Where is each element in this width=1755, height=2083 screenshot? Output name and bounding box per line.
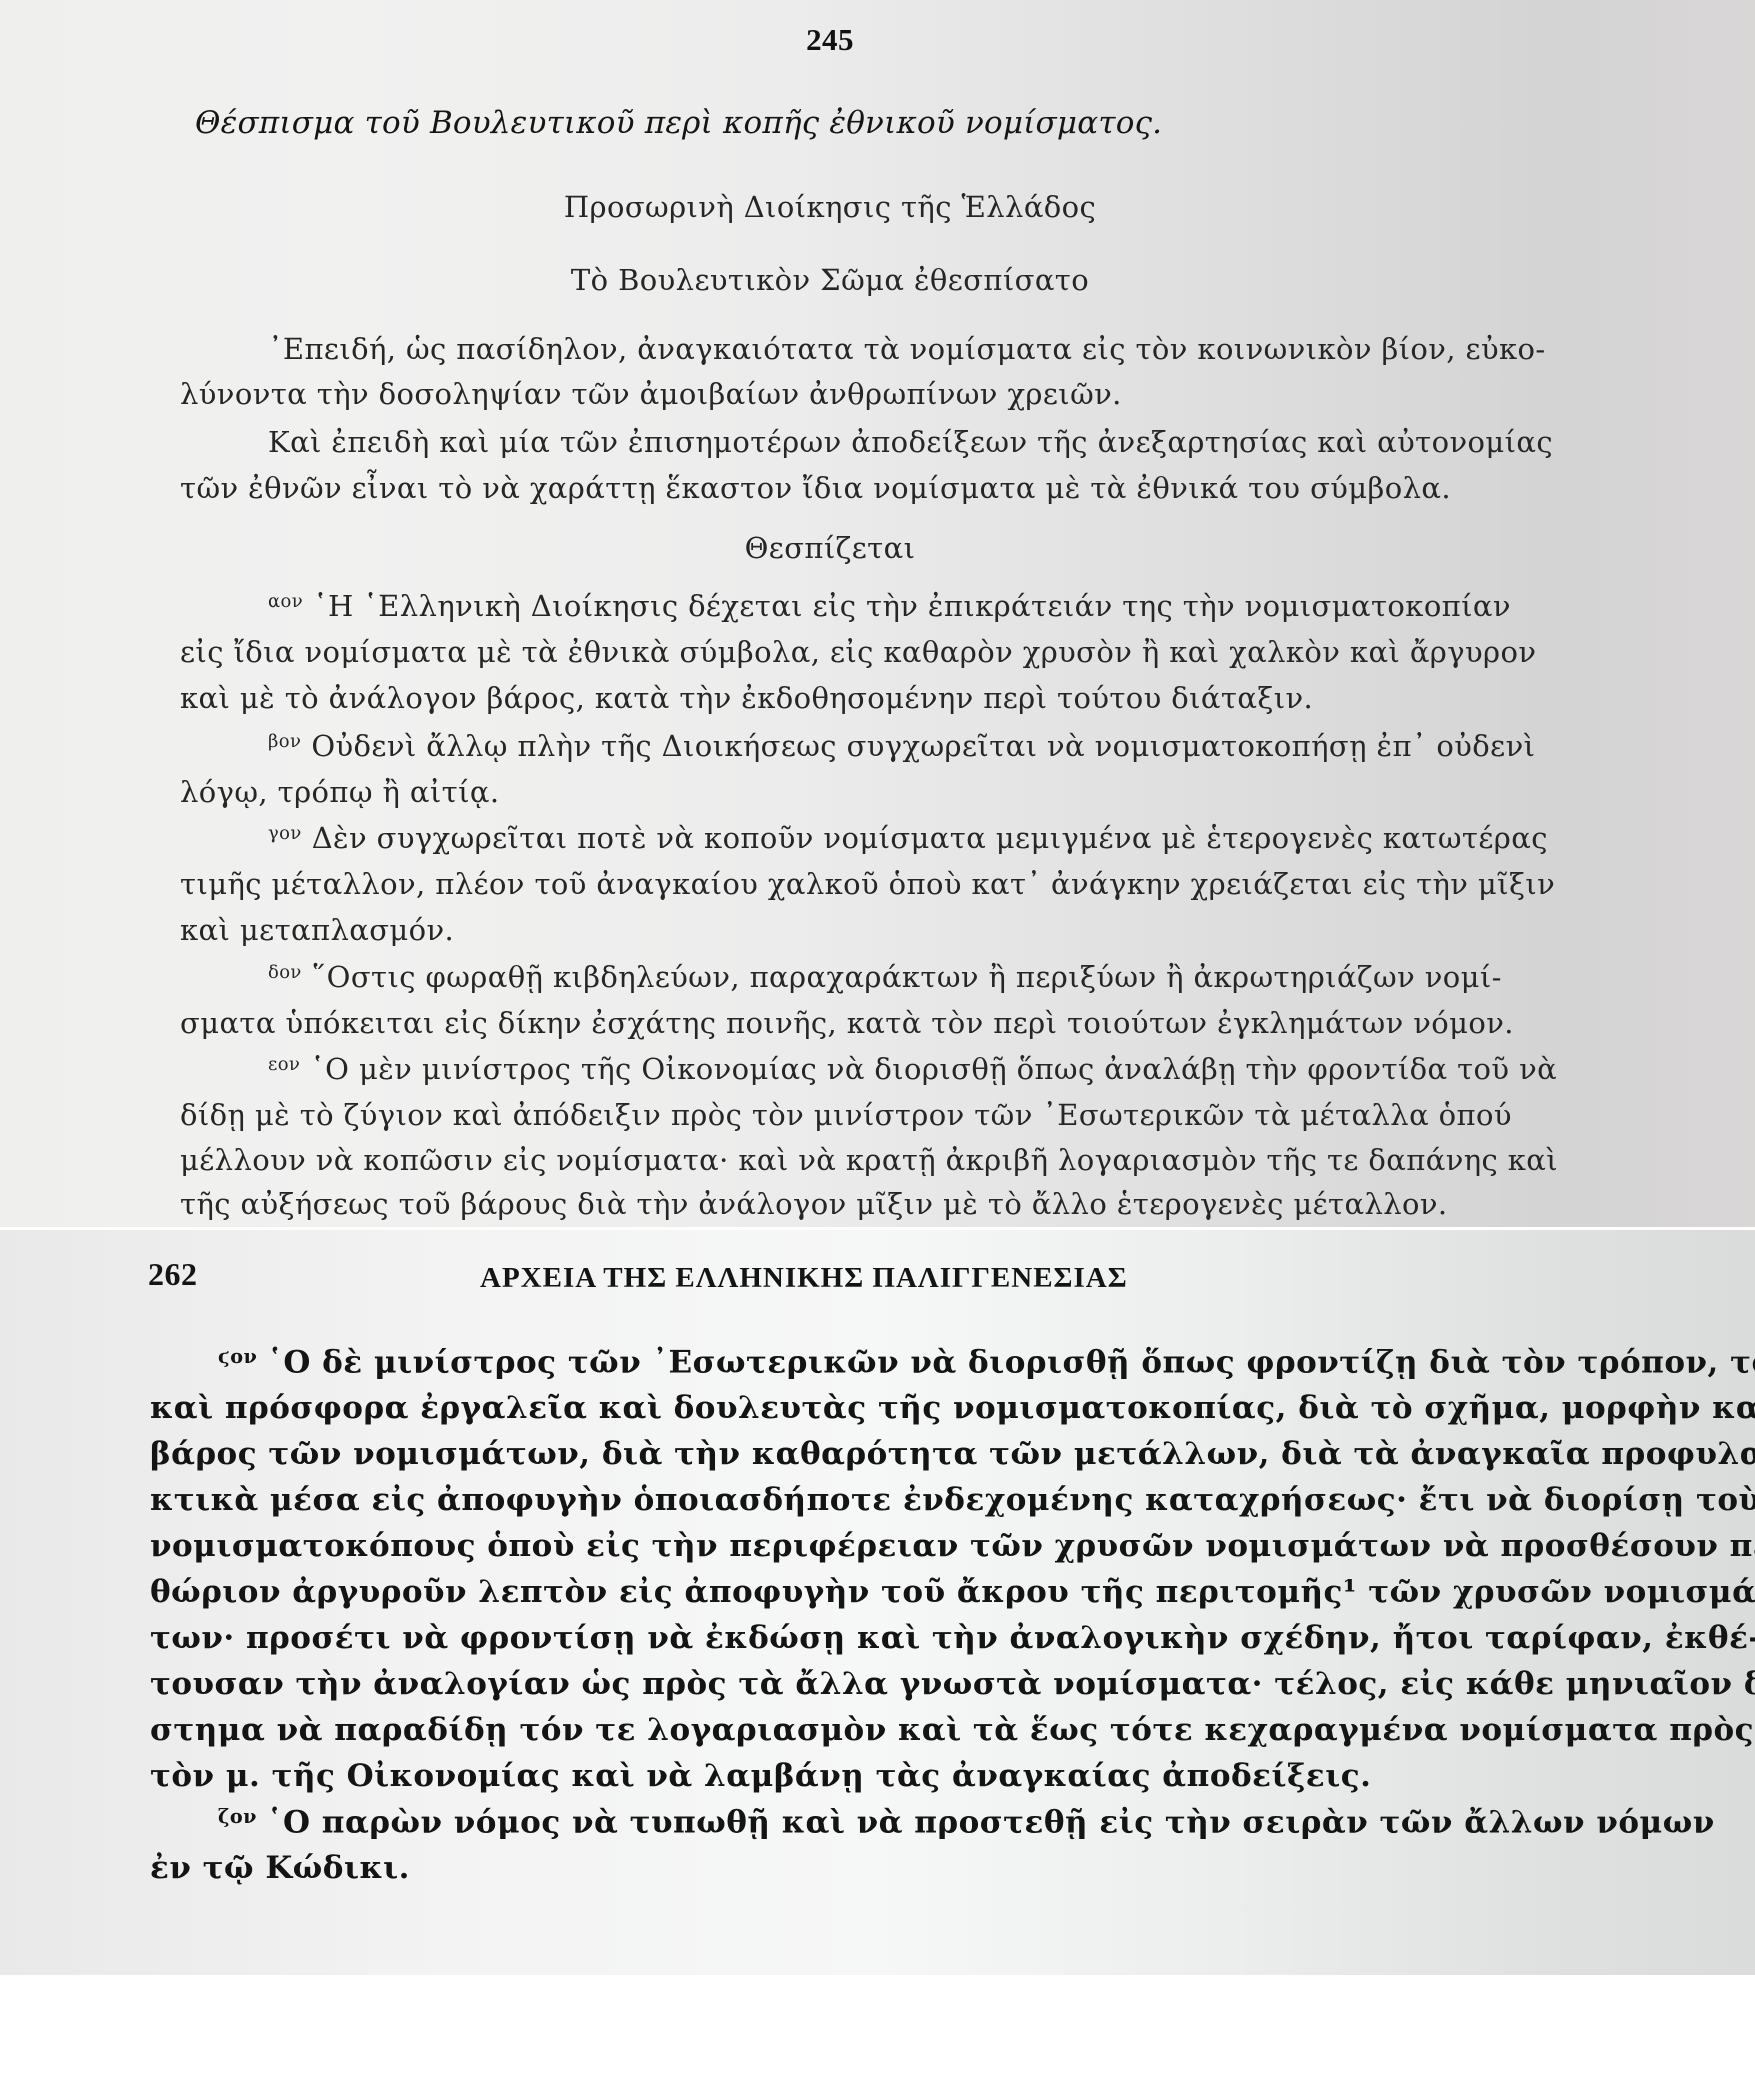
article-line: τουσαν τὴν ἀναλογίαν ὡς πρὸς τὰ ἄλλα γνω…: [150, 1669, 1755, 1700]
heading-legislative-body: Τὸ Βουλευτικὸν Σῶμα ἐθεσπίσατο: [0, 266, 1660, 295]
article-text: ῾Ο δὲ μινίστρος τῶν ᾿Εσωτερικῶν νὰ διορι…: [267, 1345, 1755, 1381]
article-line: καὶ μεταπλασμόν.: [180, 916, 454, 945]
page-number: 262: [148, 1258, 198, 1290]
article-delta-first-line: δον῞Οστις φωραθῇ κιβδηλεύων, παραχαράκτω…: [268, 963, 1502, 992]
page-scan-262: 262 ΑΡΧΕΙΑ ΤΗΣ ΕΛΛΗΝΙΚΗΣ ΠΑΛΙΓΓΕΝΕΣΙΑΣ ϛ…: [0, 1230, 1755, 1975]
page-number: 245: [0, 24, 1660, 55]
article-epsilon-first-line: εον῾Ο μὲν μινίστρος τῆς Οἰκονομίας νὰ δι…: [268, 1055, 1557, 1084]
article-line: βάρος τῶν νομισμάτων, διὰ τὴν καθαρότητα…: [150, 1439, 1755, 1470]
article-marker: γον: [268, 823, 302, 844]
article-marker: αον: [268, 591, 303, 612]
article-text: Οὐδενὶ ἄλλῳ πλὴν τῆς Διοικήσεως συγχωρεῖ…: [311, 729, 1535, 763]
article-text: ῞Οστις φωραθῇ κιβδηλεύων, παραχαράκτων ἢ…: [312, 960, 1502, 994]
article-line: μέλλουν νὰ κοπῶσιν εἰς νομίσματα· καὶ νὰ…: [180, 1146, 1558, 1175]
article-line: στημα νὰ παραδίδῃ τόν τε λογαριασμὸν καὶ…: [150, 1715, 1754, 1746]
article-line: τὸν μ. τῆς Οἰκονομίας καὶ νὰ λαμβάνῃ τὰς…: [150, 1761, 1371, 1792]
article-line: λόγῳ, τρόπῳ ἢ αἰτίᾳ.: [180, 778, 500, 807]
article-stigma-first-line: ϛον῾Ο δὲ μινίστρος τῶν ᾿Εσωτερικῶν νὰ δι…: [218, 1347, 1755, 1379]
article-line: ἐν τῷ Κώδικι.: [150, 1853, 410, 1884]
article-text: ῾Ο παρὼν νόμος νὰ τυπωθῇ καὶ νὰ προστεθῇ…: [267, 1805, 1715, 1841]
article-marker: ζον: [218, 1805, 257, 1828]
article-alpha-first-line: αον῾Η ῾Ελληνικὴ Διοίκησις δέχεται εἰς τὴ…: [268, 592, 1511, 621]
decree-heading: Θεσπίζεται: [0, 534, 1660, 563]
article-beta-first-line: βονΟὐδενὶ ἄλλῳ πλὴν τῆς Διοικήσεως συγχω…: [268, 732, 1535, 761]
article-line: τιμῆς μέταλλον, πλέον τοῦ ἀναγκαίου χαλκ…: [180, 870, 1555, 899]
article-line: καὶ πρόσφορα ἐργαλεῖα καὶ δουλευτὰς τῆς …: [150, 1393, 1755, 1424]
preamble-line: Καὶ ἐπειδὴ καὶ μία τῶν ἐπισημοτέρων ἀποδ…: [268, 428, 1453, 457]
running-head: ΑΡΧΕΙΑ ΤΗΣ ΕΛΛΗΝΙΚΗΣ ΠΑΛΙΓΓΕΝΕΣΙΑΣ: [480, 1264, 1128, 1293]
article-line: νομισματοκόπους ὁποὺ εἰς τὴν περιφέρειαν…: [150, 1531, 1755, 1562]
article-line: κτικὰ μέσα εἰς ἀποφυγὴν ὁποιασδήποτε ἐνδ…: [150, 1485, 1755, 1516]
article-line: τῆς αὐξήσεως τοῦ βάρους διὰ τὴν ἀνάλογον…: [180, 1190, 1448, 1219]
article-marker: βον: [268, 731, 301, 752]
article-line: καὶ μὲ τὸ ἀνάλογον βάρος, κατὰ τὴν ἐκδοθ…: [180, 684, 1313, 713]
article-marker: δον: [268, 962, 302, 983]
article-gamma-first-line: γονΔὲν συγχωρεῖται ποτὲ νὰ κοποῦν νομίσμ…: [268, 824, 1548, 853]
article-text: Δὲν συγχωρεῖται ποτὲ νὰ κοποῦν νομίσματα…: [312, 821, 1548, 855]
article-marker: ϛον: [218, 1345, 257, 1368]
article-line: των· προσέτι νὰ φροντίσῃ νὰ ἐκδώσῃ καὶ τ…: [150, 1623, 1755, 1654]
preamble-line: λύνοντα τὴν δοσοληψίαν τῶν ἀμοιβαίων ἀνθ…: [180, 380, 1122, 409]
heading-provisional-administration: Προσωρινὴ Διοίκησις τῆς Ἑλλάδος: [0, 193, 1660, 222]
page-scan-245: 245 Θέσπισμα τοῦ Βουλευτικοῦ περὶ κοπῆς …: [0, 0, 1755, 1227]
article-text: ῾Η ῾Ελληνικὴ Διοίκησις δέχεται εἰς τὴν ἐ…: [313, 589, 1511, 623]
article-marker: εον: [268, 1054, 300, 1075]
article-line: σματα ὑπόκειται εἰς δίκην ἐσχάτης ποινῆς…: [180, 1009, 1514, 1038]
article-line: θώριον ἀργυροῦν λεπτὸν εἰς ἀποφυγὴν τοῦ …: [150, 1577, 1755, 1608]
article-zeta-first-line: ζον῾Ο παρὼν νόμος νὰ τυπωθῇ καὶ νὰ προστ…: [218, 1807, 1715, 1839]
article-text: ῾Ο μὲν μινίστρος τῆς Οἰκονομίας νὰ διορι…: [310, 1052, 1557, 1086]
article-line: εἰς ἴδια νομίσματα μὲ τὰ ἐθνικὰ σύμβολα,…: [180, 638, 1536, 667]
preamble-line: τῶν ἐθνῶν εἶναι τὸ νὰ χαράττῃ ἕκαστον ἴδ…: [180, 474, 1451, 503]
article-line: δίδῃ μὲ τὸ ζύγιον καὶ ἀπόδειξιν πρὸς τὸν…: [180, 1101, 1512, 1130]
preamble-line: ᾿Επειδή, ὡς πασίδηλον, ἀναγκαιότατα τὰ ν…: [268, 335, 1453, 364]
decree-title: Θέσπισμα τοῦ Βουλευτικοῦ περὶ κοπῆς ἐθνι…: [195, 108, 1162, 139]
